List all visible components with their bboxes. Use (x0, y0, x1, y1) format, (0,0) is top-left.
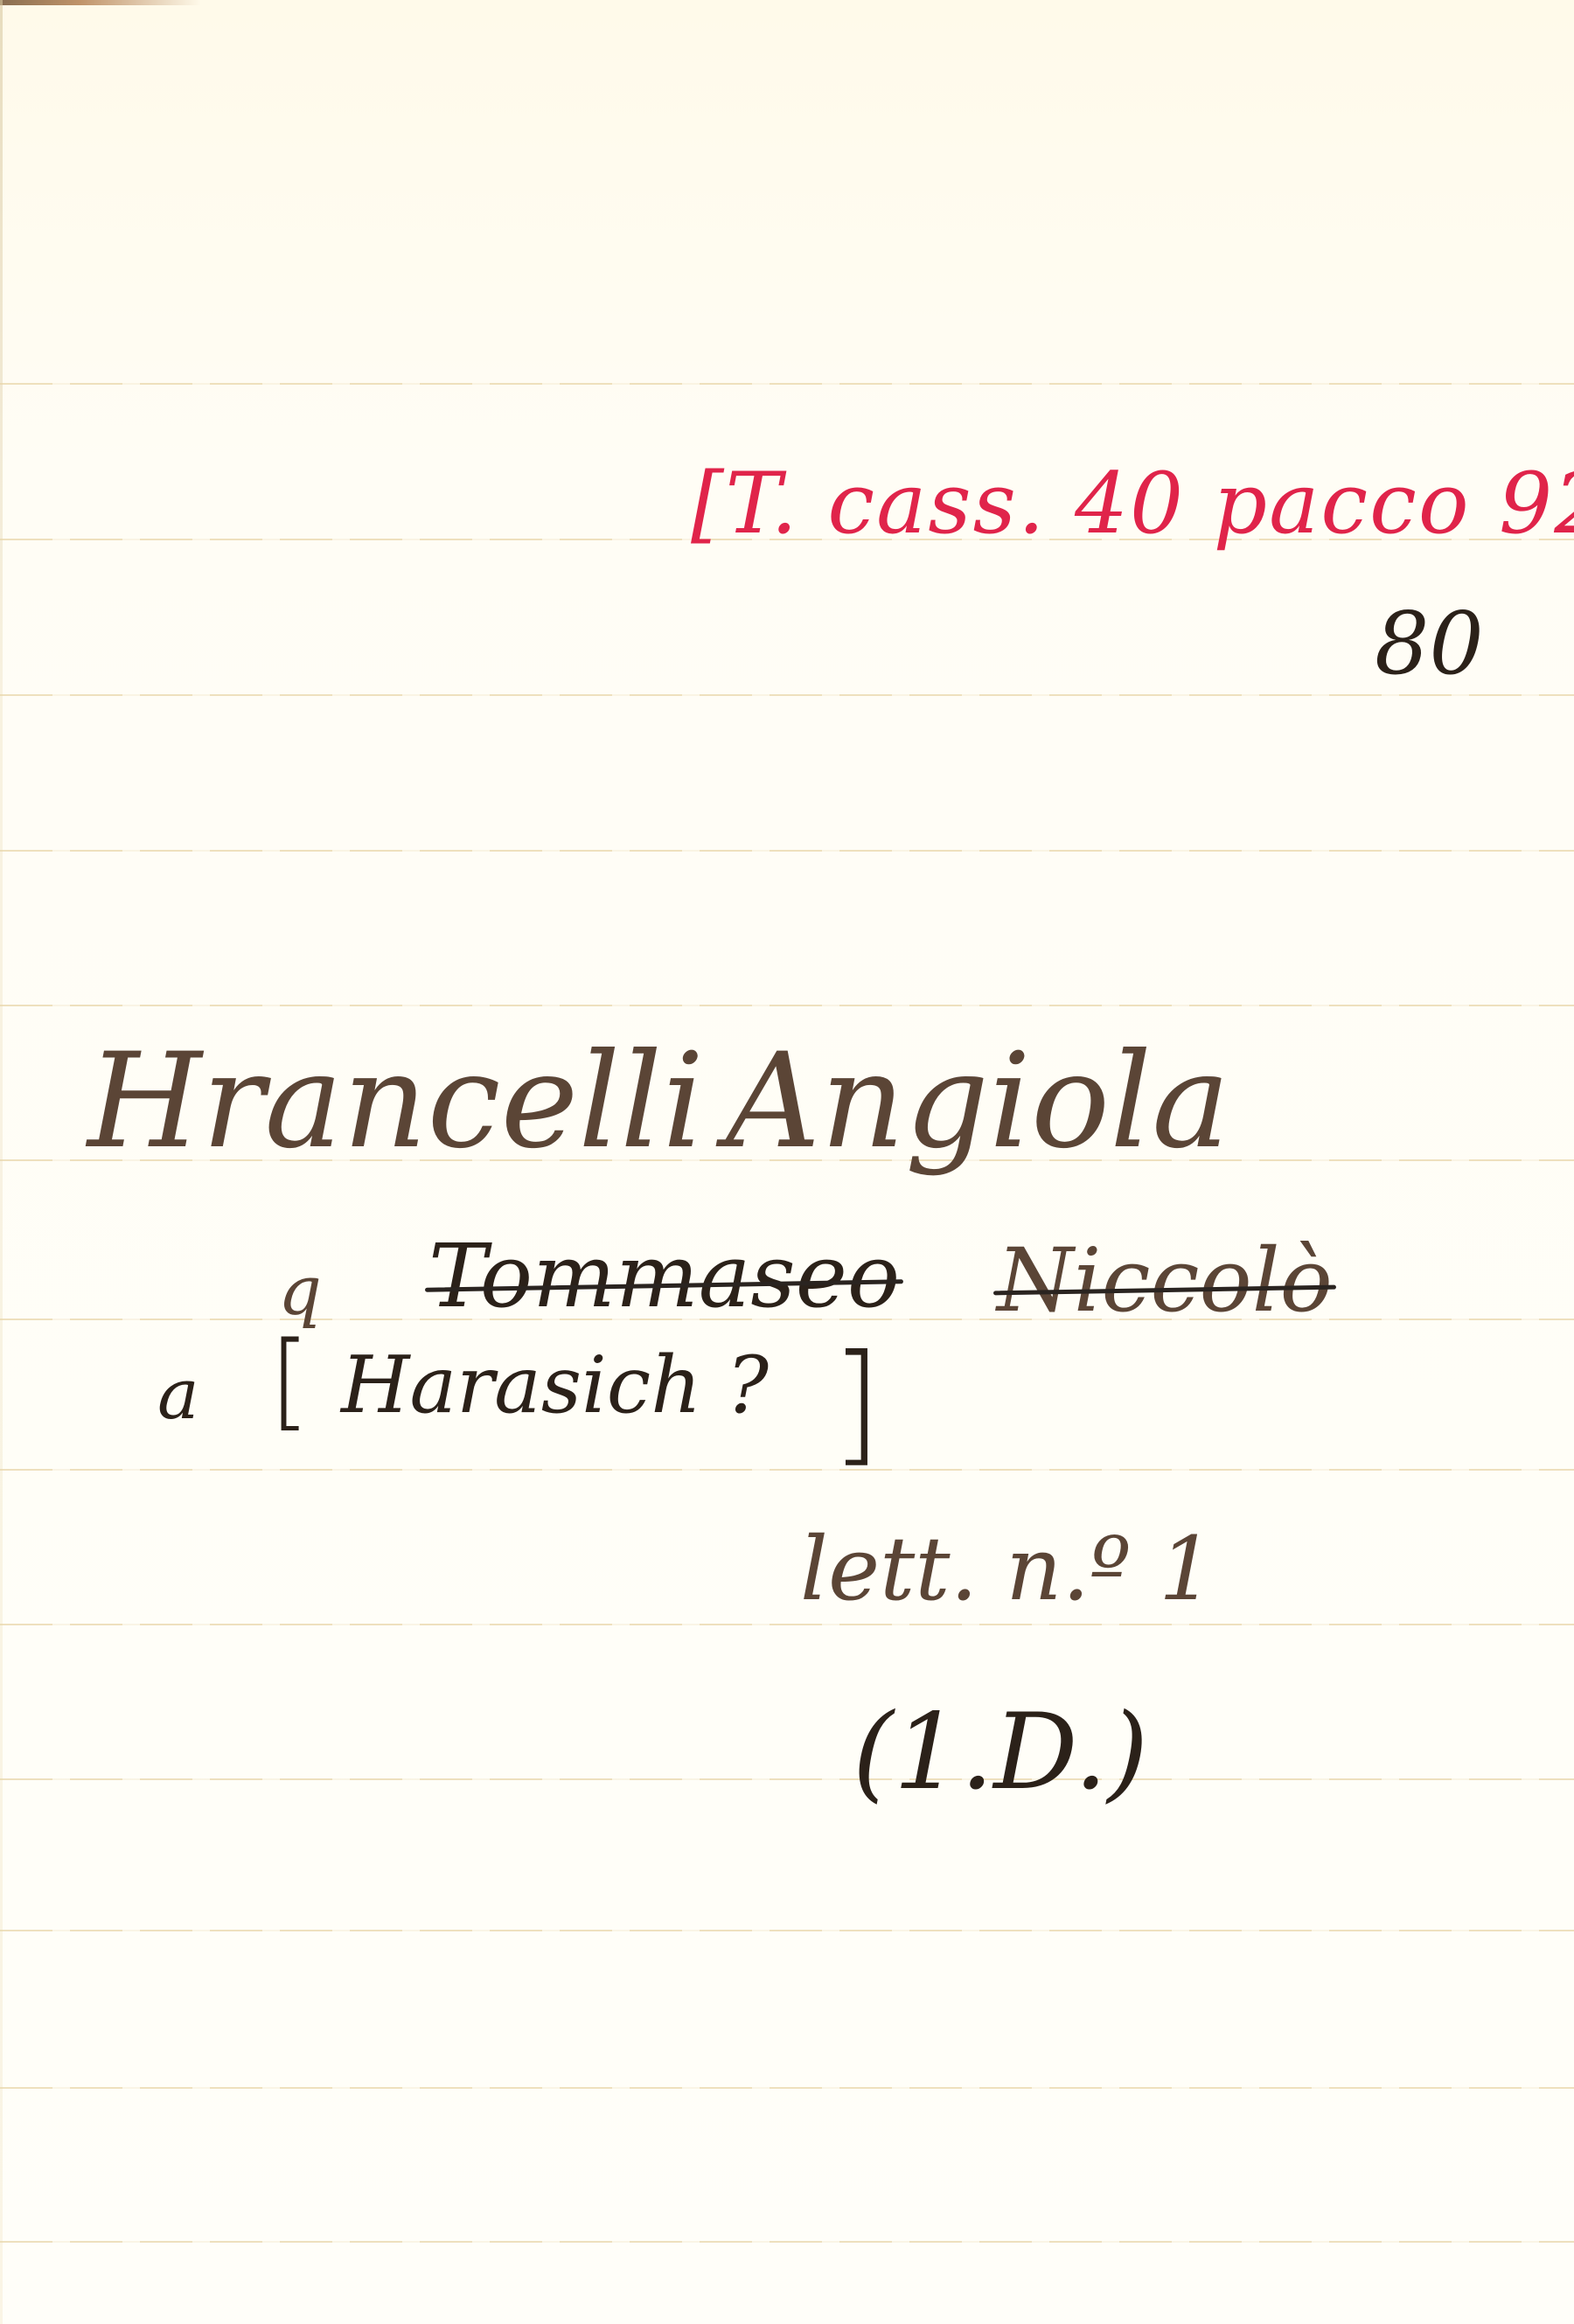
index-card: [T. cass. 40 pacco 92, 80 Hrancelli Angi… (0, 0, 1574, 2324)
correction-prefix: q (278, 1257, 322, 1326)
ruled-line (0, 1469, 1574, 1471)
folio-number: 80 (1375, 602, 1484, 687)
ruled-line (0, 1624, 1574, 1625)
letter-count: lett. n.º 1 (800, 1526, 1215, 1613)
card-left-edge (0, 0, 3, 2324)
ruled-line (0, 1778, 1574, 1780)
ruled-line (0, 1005, 1574, 1006)
recipient-prefix: a (157, 1360, 199, 1430)
given-name: Angiola (726, 1036, 1230, 1167)
bracket-close: ] (831, 1338, 882, 1469)
ruled-line (0, 2241, 1574, 2243)
struck-given-name: Niccolò (997, 1237, 1333, 1325)
surname: Hrancelli (87, 1036, 704, 1167)
ruled-line (0, 2087, 1574, 2089)
ruled-line (0, 850, 1574, 852)
notation: (1.D.) (853, 1701, 1148, 1806)
card-top-edge-shadow (0, 0, 201, 5)
bracket-open: [ (269, 1329, 310, 1434)
recipient-name: Harasich ? (341, 1346, 769, 1425)
ruled-line (0, 694, 1574, 696)
archive-reference: [T. cass. 40 pacco 92, (691, 462, 1574, 546)
struck-name: Tommaseo (428, 1233, 900, 1320)
struck-name-text: Tommaseo (428, 1233, 900, 1320)
ruled-line (0, 383, 1574, 385)
ruled-line (0, 1930, 1574, 1931)
struck-given-name-text: Niccolò (997, 1237, 1333, 1325)
